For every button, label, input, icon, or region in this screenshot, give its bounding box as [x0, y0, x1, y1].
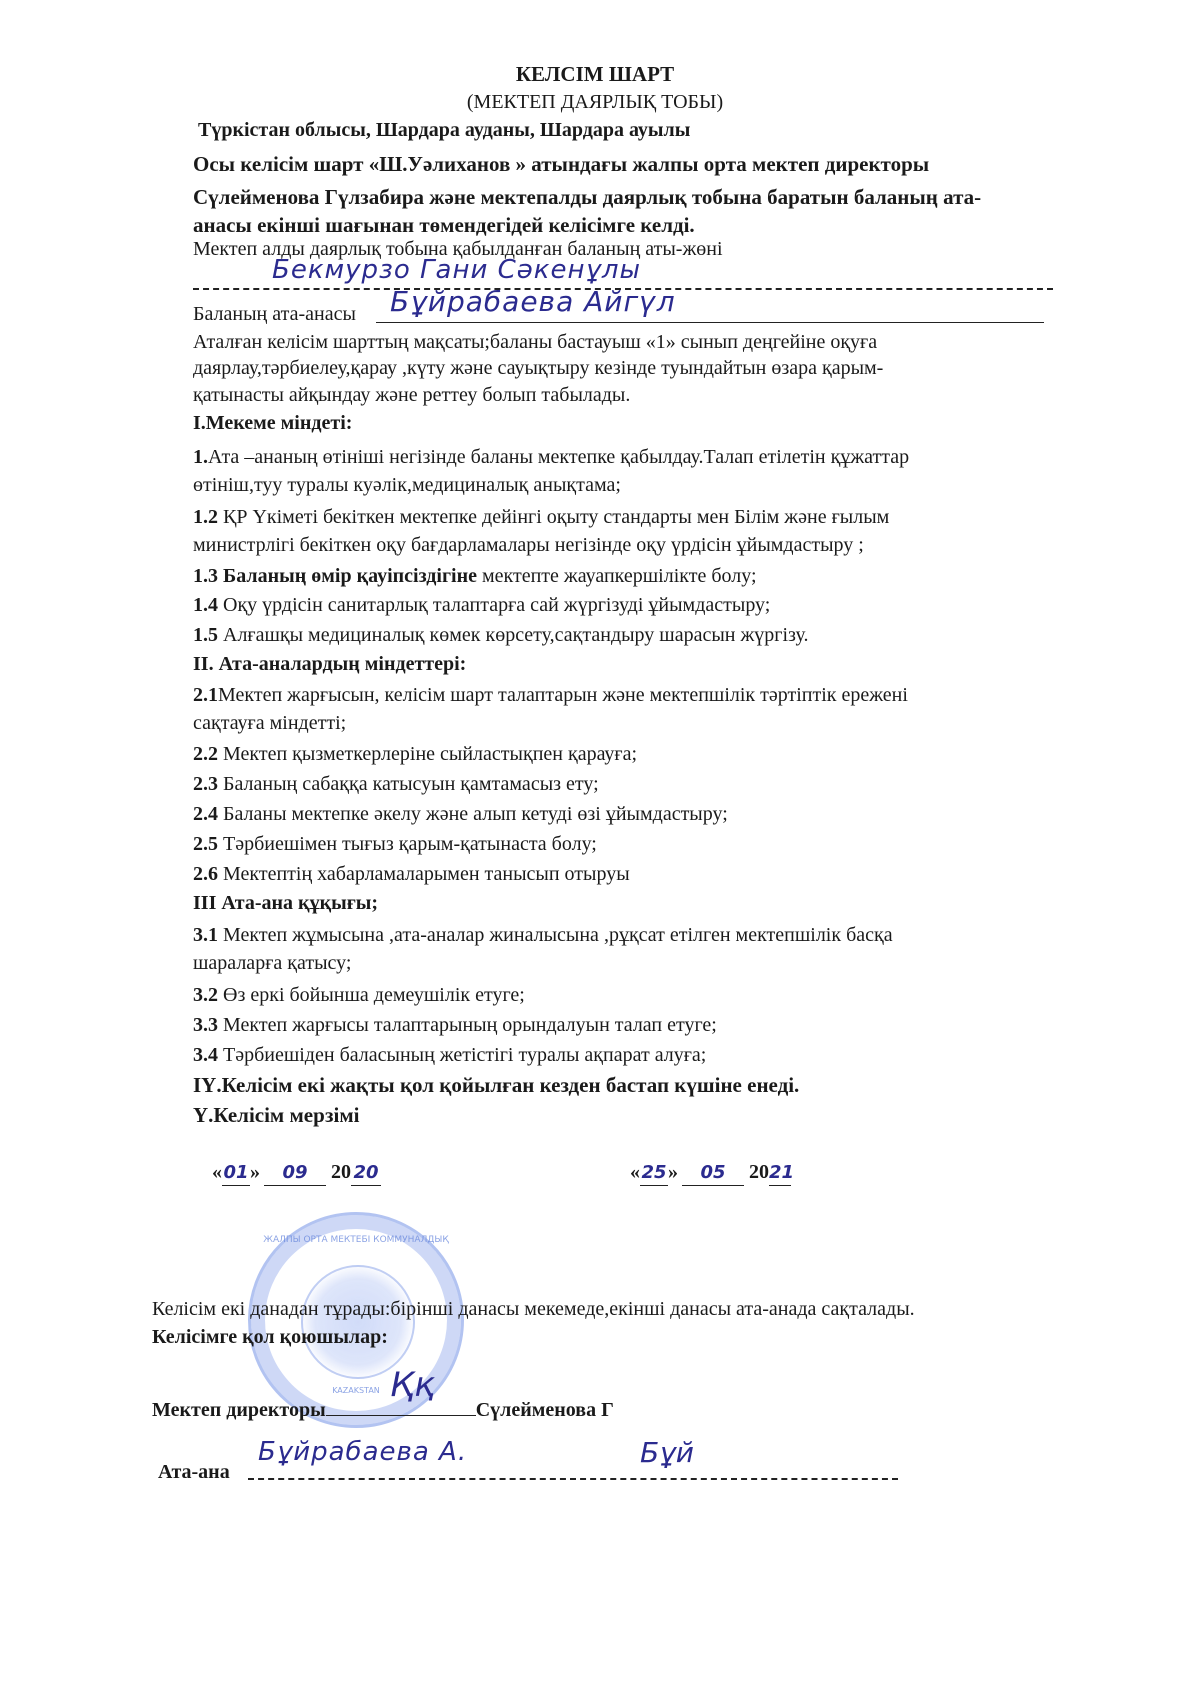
document-title: КЕЛСІМ ШАРТ [0, 62, 1190, 86]
state-emblem-icon [301, 1265, 415, 1379]
term-end-date: «25»05 2021 [630, 1160, 791, 1186]
item-text: Оқу үрдісін санитарлық талаптарға сай жү… [218, 594, 770, 616]
purpose-line-2: даярлау,тәрбиелеу,қарау ,күту және сауық… [193, 356, 883, 380]
section-3-item-1-cont: шараларға қатысу; [193, 951, 351, 975]
item-number: 1.5 [193, 624, 218, 646]
section-3-item-1: 3.1 Мектеп жұмысына ,ата-аналар жиналысы… [193, 923, 893, 947]
item-text: Мектептің хабарламаларымен танысып отыру… [218, 863, 630, 885]
section-3-item-3: 3.3 Мектеп жарғысы талаптарының орындалу… [193, 1013, 717, 1037]
item-number: 1.2 [193, 506, 218, 528]
item-text: Тәрбиешіден баласының жетістігі туралы а… [218, 1044, 706, 1066]
section-1-item-1: 1.Ата –ананың өтініші негізінде баланы м… [193, 445, 909, 469]
section-2-item-1: 2.1Мектеп жарғысын, келісім шарт талапта… [193, 683, 908, 707]
item-text: Баланы мектепке әкелу және алып кетуді ө… [218, 803, 728, 825]
stamp-top-text: ЖАЛПЫ ОРТА МЕКТЕБІ КОММУНАЛДЫҚ [251, 1235, 461, 1245]
item-text: Мектеп жұмысына ,ата-аналар жиналысына ,… [218, 924, 893, 946]
item-text: Мектеп жарғысын, келісім шарт талаптарын… [218, 684, 908, 706]
parent-value[interactable]: Бұйрабаева Айгүл [390, 290, 676, 314]
purpose-line-3: қатынасты айқындау және реттеу болып таб… [193, 383, 630, 407]
section-2-item-6: 2.6 Мектептің хабарламаларымен танысып о… [193, 862, 630, 886]
term-end-year-suffix[interactable]: 21 [769, 1161, 791, 1186]
purpose-line-1: Аталған келісім шарттың мақсаты;баланы б… [193, 330, 877, 354]
item-number: 2.2 [193, 743, 218, 765]
section-2-item-1-cont: сақтауға міндетті; [193, 711, 346, 735]
item-text: Мектеп қызметкерлеріне сыйластықпен қара… [218, 743, 637, 765]
parent-label: Баланың ата-анасы [193, 302, 356, 326]
item-number: 3.1 [193, 924, 218, 946]
section-2-item-3: 2.3 Баланың сабаққа катысуын қамтамасыз … [193, 772, 599, 796]
section-3-item-4: 3.4 Тәрбиешіден баласының жетістігі тура… [193, 1043, 706, 1067]
intro-line-4: анасы екінші шағынан төмендегідей келісі… [193, 213, 695, 237]
term-start-month[interactable]: 09 [264, 1161, 326, 1186]
section-2-item-4: 2.4 Баланы мектепке әкелу және алып кету… [193, 802, 728, 826]
child-name-value[interactable]: Бекмурзо Гани Сәкенұлы [272, 258, 641, 282]
section-1-heading: І.Мекеме міндеті: [193, 411, 352, 435]
intro-line-2: Осы келісім шарт «Ш.Уәлиханов » атындағы… [193, 152, 929, 176]
section-1-item-4: 1.4 Оқу үрдісін санитарлық талаптарға са… [193, 593, 770, 617]
item-number: 2.4 [193, 803, 218, 825]
parent-sign-label: Ата-ана [158, 1460, 230, 1484]
item-text: мектепте жауапкершілікте болу; [477, 565, 757, 587]
term-start-day[interactable]: 01 [222, 1161, 250, 1186]
section-3-heading: ІІІ Ата-ана құқығы; [193, 891, 378, 915]
section-2-item-2: 2.2 Мектеп қызметкерлеріне сыйластықпен … [193, 742, 637, 766]
item-text: Алғашқы медициналық көмек көрсету,сақтан… [218, 624, 809, 646]
section-1-item-1-cont: өтініш,туу туралы куәлік,медициналық аны… [193, 473, 621, 497]
item-number: 1. [193, 446, 208, 468]
item-text: ҚР Үкіметі бекіткен мектепке дейінгі оқы… [218, 506, 889, 528]
term-end-year-prefix: 20 [749, 1161, 769, 1183]
section-4-text: ІҮ.Келісім екі жақты қол қойылған кезден… [193, 1073, 799, 1097]
section-3-item-2: 3.2 Өз еркі бойынша демеушілік етуге; [193, 983, 525, 1007]
term-end-month[interactable]: 05 [682, 1161, 744, 1186]
parent-line [376, 322, 1044, 323]
item-number: 3.3 [193, 1014, 218, 1036]
copies-note: Келісім екі данадан тұрады:бірінші данас… [152, 1297, 915, 1321]
item-text: Өз еркі бойынша демеушілік етуге; [218, 984, 525, 1006]
item-number: 1.4 [193, 594, 218, 616]
term-start-date: «01»09 2020 [212, 1160, 381, 1186]
parent-sign-line [248, 1478, 898, 1480]
intro-line-3: Сүлейменова Гүлзабира және мектепалды да… [193, 185, 981, 209]
director-name: Сүлейменова Г [476, 1399, 614, 1421]
term-start-year-prefix: 20 [331, 1161, 351, 1183]
item-number: 2.6 [193, 863, 218, 885]
section-1-item-3: 1.3 Баланың өмір қауіпсіздігіне мектепте… [193, 564, 757, 588]
item-text: Тәрбиешімен тығыз қарым-қатынаста болу; [218, 833, 597, 855]
parent-signature: Бұй [640, 1436, 694, 1469]
section-2-item-5: 2.5 Тәрбиешімен тығыз қарым-қатынаста бо… [193, 832, 597, 856]
item-bold-text: Баланың өмір қауіпсіздігіне [218, 565, 477, 587]
section-5-heading: Ү.Келісім мерзімі [193, 1103, 359, 1127]
item-number: 3.4 [193, 1044, 218, 1066]
item-text: Баланың сабаққа катысуын қамтамасыз ету; [218, 773, 599, 795]
item-number: 2.5 [193, 833, 218, 855]
item-text: Мектеп жарғысы талаптарының орындалуын т… [218, 1014, 717, 1036]
item-number: 2.1 [193, 684, 218, 706]
parent-sign-value[interactable]: Бұйрабаева А. [258, 1440, 467, 1464]
item-number: 3.2 [193, 984, 218, 1006]
item-number: 1.3 [193, 565, 218, 587]
section-2-heading: ІІ. Ата-аналардың міндеттері: [193, 652, 466, 676]
term-end-day[interactable]: 25 [640, 1161, 668, 1186]
director-label: Мектеп директоры [152, 1399, 326, 1421]
item-number: 2.3 [193, 773, 218, 795]
item-text: Ата –ананың өтініші негізінде баланы мек… [208, 446, 909, 468]
section-1-item-2-cont: министрлігі бекіткен оқу бағдарламалары … [193, 533, 864, 557]
document-subtitle: (МЕКТЕП ДАЯРЛЫҚ ТОБЫ) [0, 90, 1190, 114]
section-1-item-2: 1.2 ҚР Үкіметі бекіткен мектепке дейінгі… [193, 505, 889, 529]
director-signature: Ққ [390, 1365, 435, 1405]
term-start-year-suffix[interactable]: 20 [351, 1161, 381, 1186]
signers-heading: Келісімге қол қоюшылар: [152, 1325, 388, 1349]
intro-line-1: Түркістан облысы, Шардара ауданы, Шардар… [198, 118, 690, 142]
director-signature-row: Мектеп директорыСүлейменова Г [152, 1397, 614, 1422]
section-1-item-5: 1.5 Алғашқы медициналық көмек көрсету,са… [193, 623, 809, 647]
